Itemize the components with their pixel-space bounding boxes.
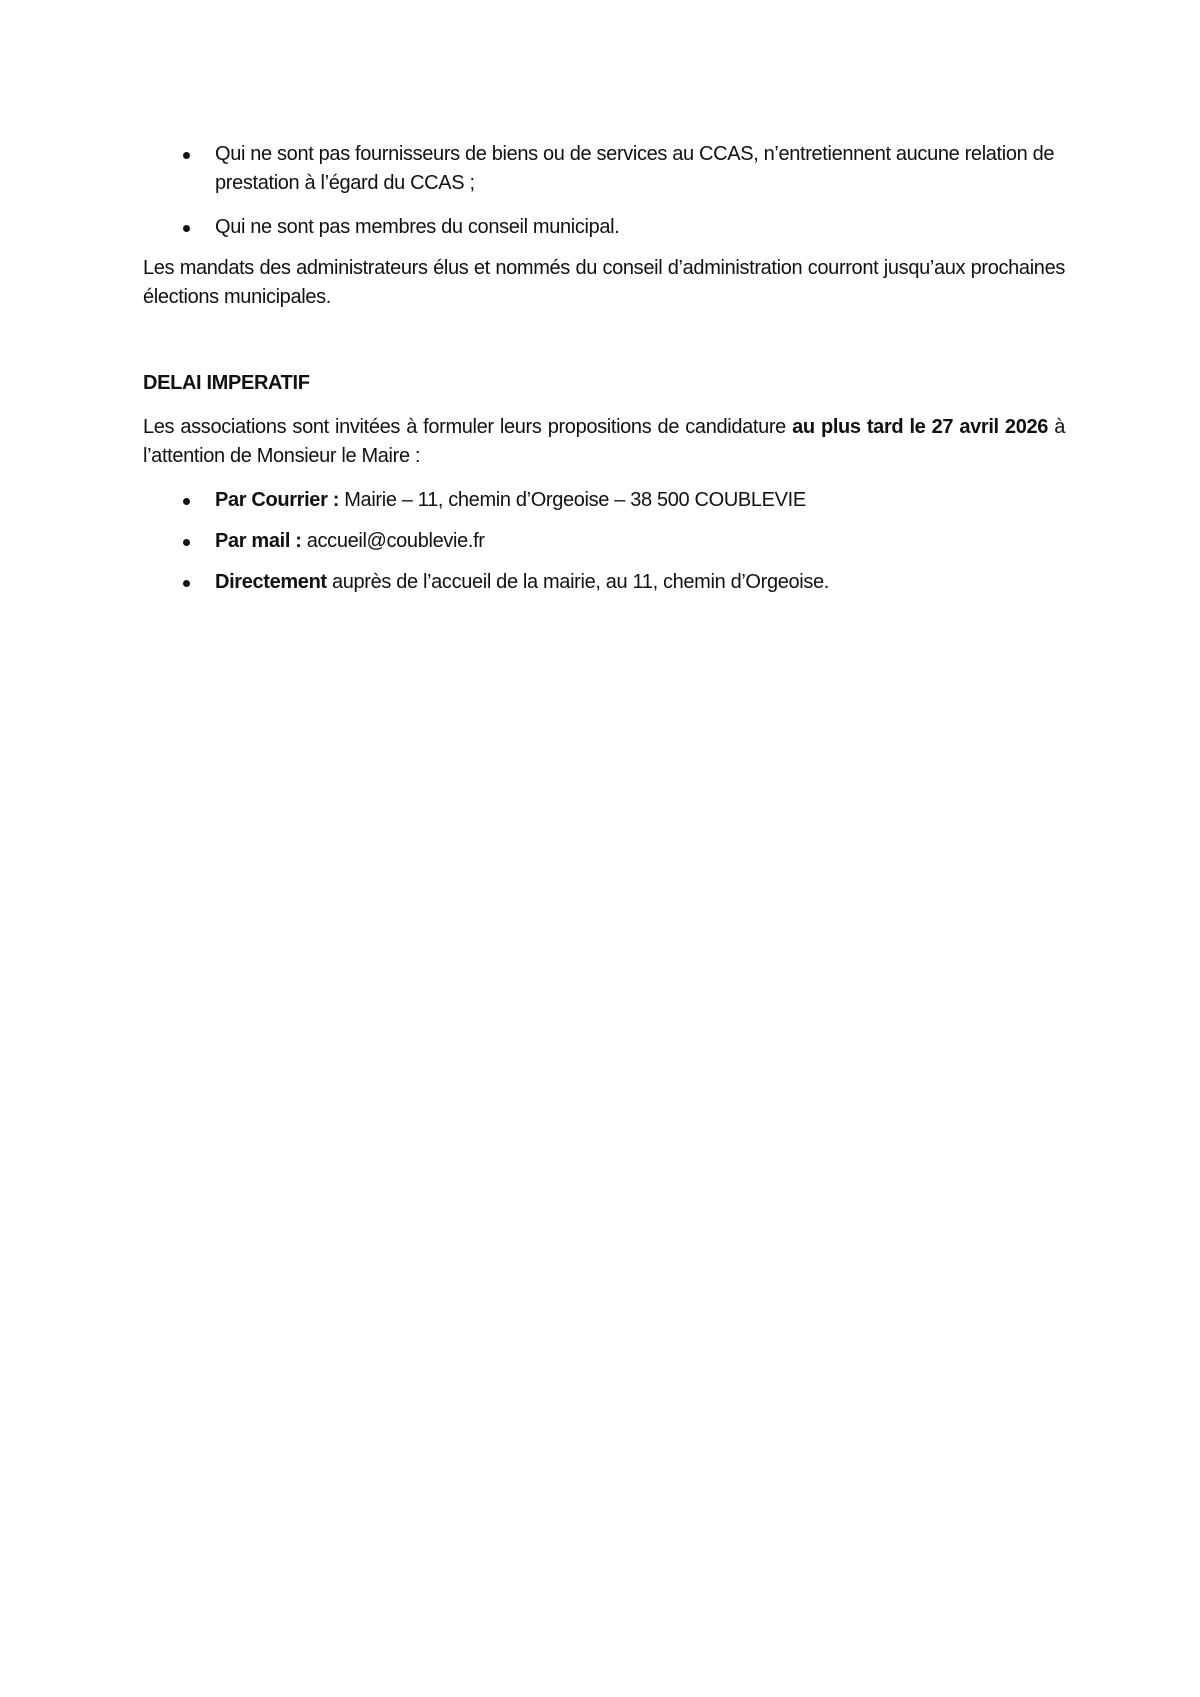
contact-methods-list: Par Courrier : Mairie – 11, chemin d’Org… [143, 486, 1065, 597]
bullet-icon [183, 580, 190, 587]
bullet-icon [183, 539, 190, 546]
list-item-text: Qui ne sont pas membres du conseil munic… [215, 216, 619, 238]
mandate-paragraph: Les mandats des administrateurs élus et … [143, 254, 1065, 312]
list-item: Qui ne sont pas fournisseurs de biens ou… [143, 140, 1065, 198]
contact-method-label: Par mail : [215, 530, 302, 552]
bullet-icon [183, 498, 190, 505]
deadline-paragraph: Les associations sont invitées à formule… [143, 413, 1065, 471]
contact-method-text: Mairie – 11, chemin d’Orgeoise – 38 500 … [339, 489, 806, 511]
contact-method-email: Par mail : accueil@coublevie.fr [143, 527, 1065, 556]
deadline-heading: DELAI IMPERATIF [143, 369, 1065, 398]
contact-method-in-person: Directement auprès de l’accueil de la ma… [143, 568, 1065, 597]
list-item: Qui ne sont pas membres du conseil munic… [143, 213, 1065, 242]
contact-method-label: Par Courrier : [215, 489, 339, 511]
contact-method-mail: Par Courrier : Mairie – 11, chemin d’Org… [143, 486, 1065, 515]
document-page: Qui ne sont pas fournisseurs de biens ou… [0, 0, 1200, 1697]
deadline-text-before: Les associations sont invitées à formule… [143, 416, 792, 438]
contact-method-label: Directement [215, 571, 327, 593]
document-body: Qui ne sont pas fournisseurs de biens ou… [143, 140, 1065, 612]
bullet-icon [183, 225, 190, 232]
bullet-icon [183, 152, 190, 159]
deadline-date: au plus tard le 27 avril 2026 [792, 416, 1048, 438]
contact-method-text: auprès de l’accueil de la mairie, au 11,… [327, 571, 829, 593]
contact-method-text: accueil@coublevie.fr [302, 530, 485, 552]
list-item-text: Qui ne sont pas fournisseurs de biens ou… [215, 143, 1054, 194]
eligibility-list: Qui ne sont pas fournisseurs de biens ou… [143, 140, 1065, 242]
